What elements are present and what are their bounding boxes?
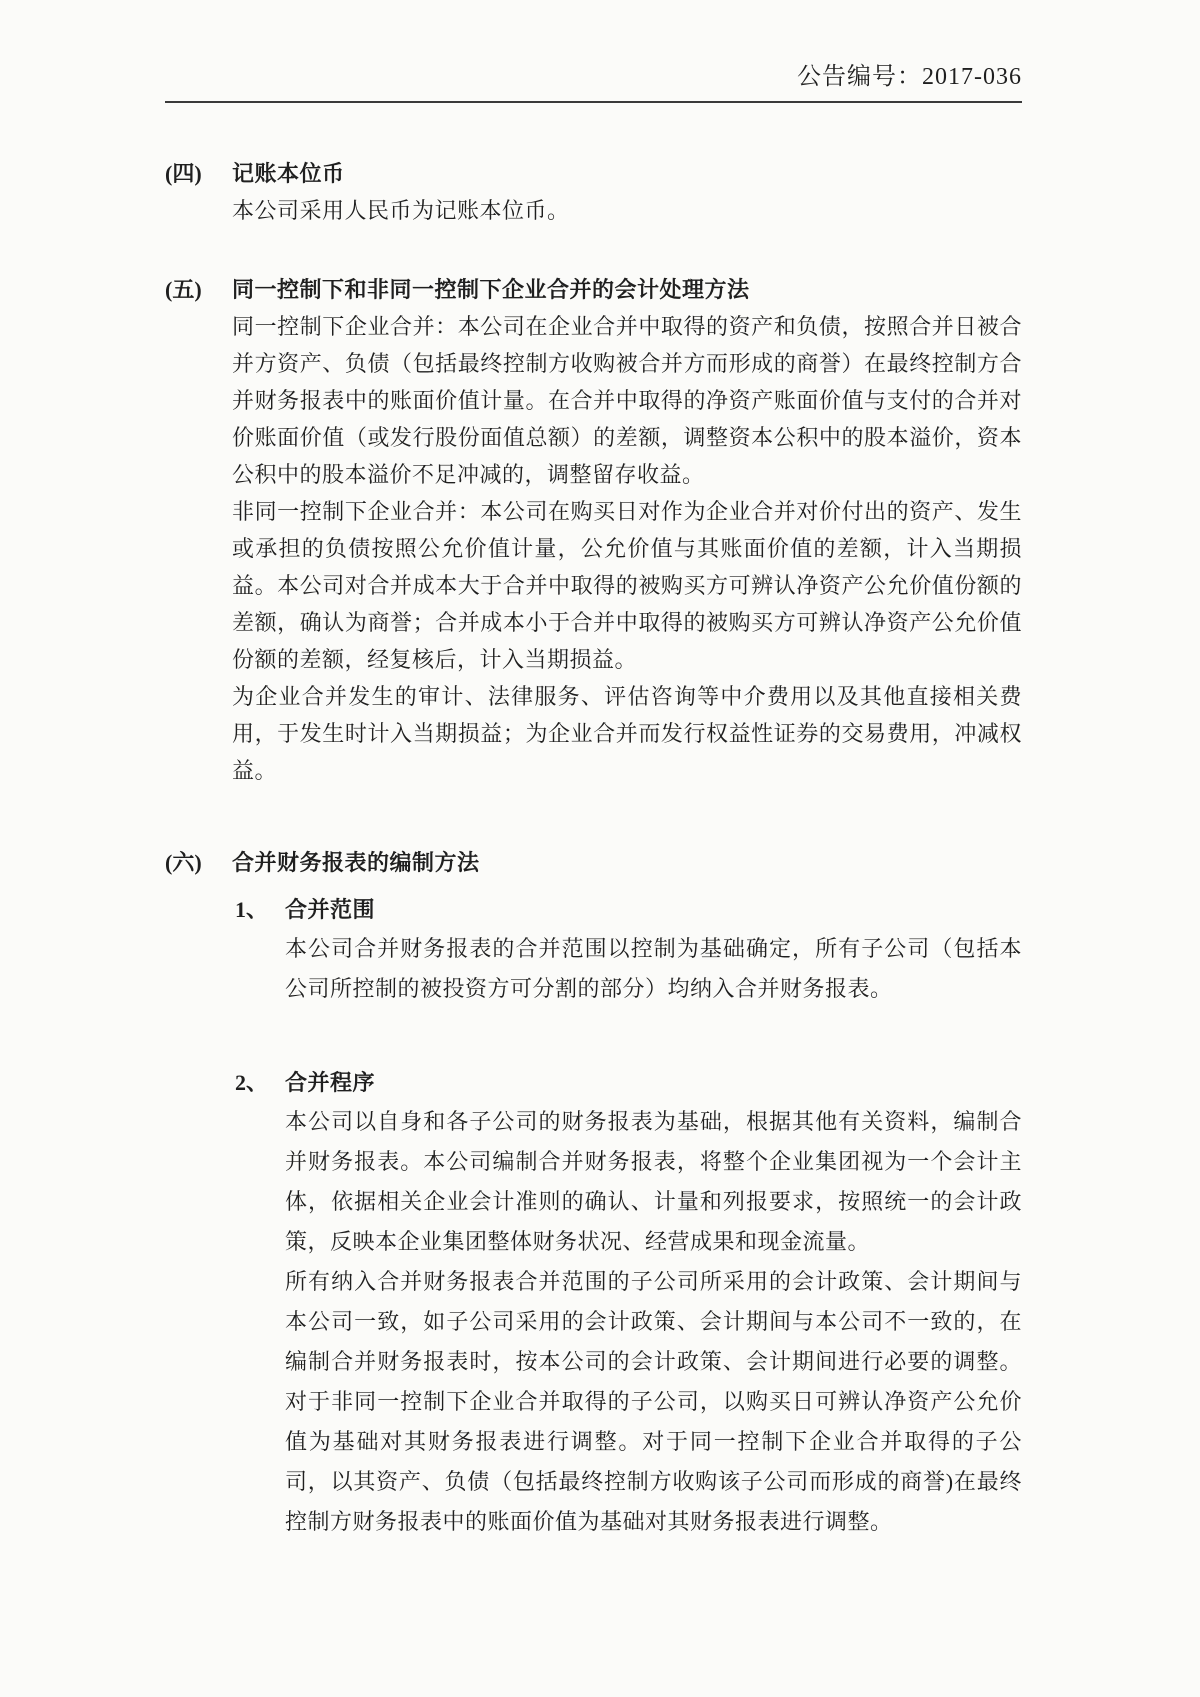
section-title: 合并财务报表的编制方法 <box>232 844 1022 881</box>
subsection-content: 合并范围 本公司合并财务报表的合并范围以控制为基础确定，所有子公司（包括本公司所… <box>285 891 1022 1009</box>
header-divider <box>165 101 1022 103</box>
section-consolidated-statements: (六) 合并财务报表的编制方法 1、 合并范围 本公司合并财务报表的合并范围以控… <box>165 844 1022 1542</box>
section-label: (六) <box>165 844 232 881</box>
section-title: 同一控制下和非同一控制下企业合并的会计处理方法 <box>232 271 1022 308</box>
section-body: 本公司采用人民币为记账本位币。 <box>232 192 1022 229</box>
paragraph: 同一控制下企业合并：本公司在企业合并中取得的资产和负债，按照合并日被合并方资产、… <box>232 308 1022 493</box>
section-title: 记账本位币 <box>232 155 1022 192</box>
subsection-consolidation-scope: 1、 合并范围 本公司合并财务报表的合并范围以控制为基础确定，所有子公司（包括本… <box>235 891 1022 1009</box>
section-body: 同一控制下企业合并：本公司在企业合并中取得的资产和负债，按照合并日被合并方资产、… <box>232 308 1022 789</box>
subsection-number: 1、 <box>235 891 285 929</box>
paragraph: 所有纳入合并财务报表合并范围的子公司所采用的会计政策、会计期间与本公司一致，如子… <box>285 1262 1022 1542</box>
section-label: (四) <box>165 155 232 192</box>
paragraph: 本公司合并财务报表的合并范围以控制为基础确定，所有子公司（包括本公司所控制的被投… <box>285 929 1022 1009</box>
subsection-number: 2、 <box>235 1064 285 1102</box>
subsection-title: 合并程序 <box>285 1064 1022 1102</box>
paragraph: 本公司以自身和各子公司的财务报表为基础，根据其他有关资料，编制合并财务报表。本公… <box>285 1102 1022 1262</box>
subsection-title: 合并范围 <box>285 891 1022 929</box>
section-content: 同一控制下和非同一控制下企业合并的会计处理方法 同一控制下企业合并：本公司在企业… <box>232 271 1022 789</box>
subsection-consolidation-procedure: 2、 合并程序 本公司以自身和各子公司的财务报表为基础，根据其他有关资料，编制合… <box>235 1064 1022 1542</box>
paragraph: 非同一控制下企业合并：本公司在购买日对作为企业合并对价付出的资产、发生或承担的负… <box>232 493 1022 678</box>
section-business-combinations: (五) 同一控制下和非同一控制下企业合并的会计处理方法 同一控制下企业合并：本公… <box>165 271 1022 789</box>
subsection-body: 本公司合并财务报表的合并范围以控制为基础确定，所有子公司（包括本公司所控制的被投… <box>285 929 1022 1009</box>
section-label: (五) <box>165 271 232 308</box>
section-functional-currency: (四) 记账本位币 本公司采用人民币为记账本位币。 <box>165 155 1022 229</box>
subsection-content: 合并程序 本公司以自身和各子公司的财务报表为基础，根据其他有关资料，编制合并财务… <box>285 1064 1022 1542</box>
document-page: 公告编号：2017-036 (四) 记账本位币 本公司采用人民币为记账本位币。 … <box>0 0 1200 1697</box>
section-content: 记账本位币 本公司采用人民币为记账本位币。 <box>232 155 1022 229</box>
page-header: 公告编号：2017-036 <box>165 62 1022 92</box>
paragraph: 本公司采用人民币为记账本位币。 <box>232 192 1022 229</box>
announcement-number: 公告编号：2017-036 <box>797 64 1022 90</box>
subsection-body: 本公司以自身和各子公司的财务报表为基础，根据其他有关资料，编制合并财务报表。本公… <box>285 1102 1022 1542</box>
paragraph: 为企业合并发生的审计、法律服务、评估咨询等中介费用以及其他直接相关费用，于发生时… <box>232 678 1022 789</box>
section-content: 合并财务报表的编制方法 1、 合并范围 本公司合并财务报表的合并范围以控制为基础… <box>232 844 1022 1542</box>
